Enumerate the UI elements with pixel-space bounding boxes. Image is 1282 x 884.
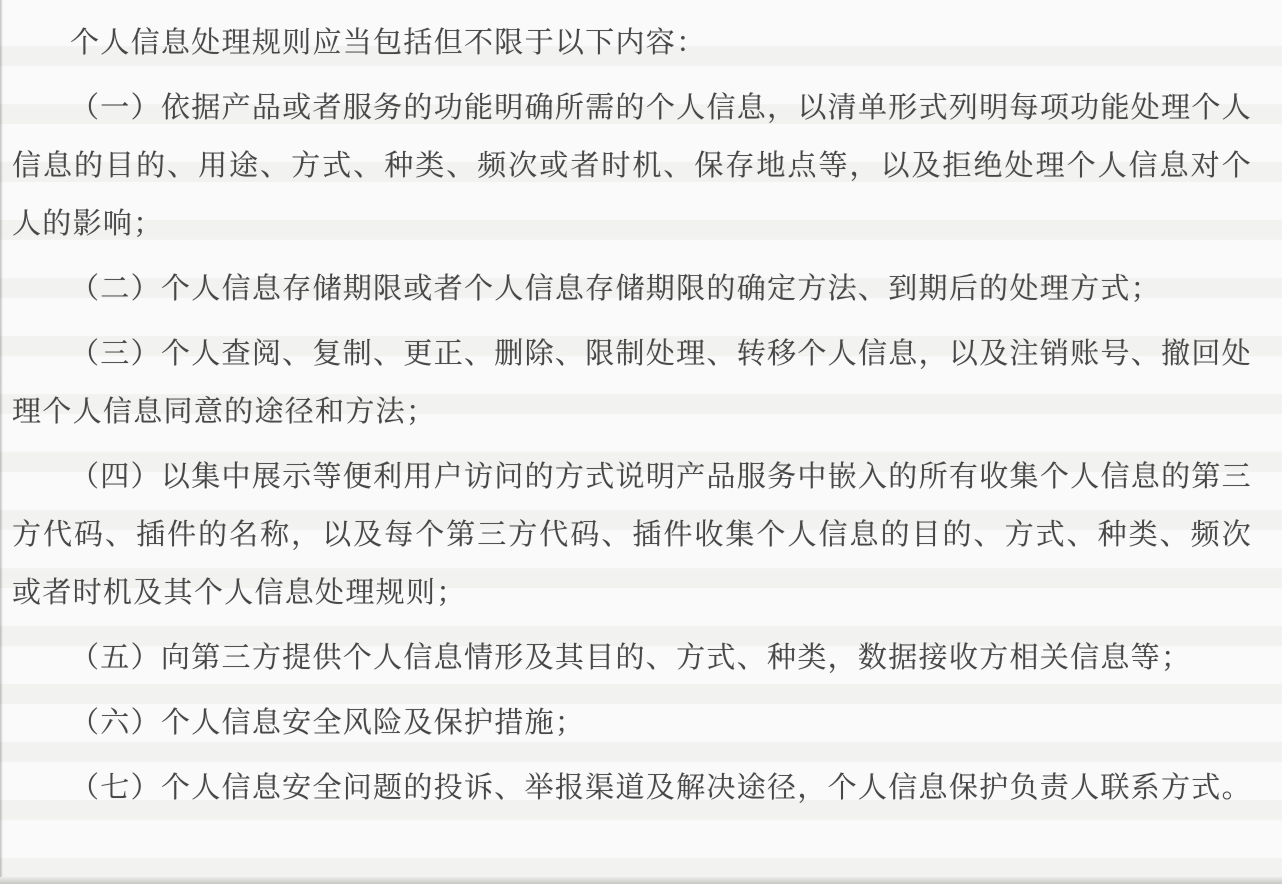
paragraph-intro: 个人信息处理规则应当包括但不限于以下内容： xyxy=(12,14,1252,72)
list-item-3: （三）个人查阅、复制、更正、删除、限制处理、转移个人信息，以及注销账号、撤回处理… xyxy=(12,325,1252,441)
bottom-edge-strip xyxy=(0,877,1282,884)
list-item-2: （二）个人信息存储期限或者个人信息存储期限的确定方法、到期后的处理方式； xyxy=(12,260,1252,318)
list-item-5: （五）向第三方提供个人信息情形及其目的、方式、种类，数据接收方相关信息等； xyxy=(12,629,1252,687)
document-body: 个人信息处理规则应当包括但不限于以下内容： （一）依据产品或者服务的功能明确所需… xyxy=(12,14,1252,817)
list-item-7: （七）个人信息安全问题的投诉、举报渠道及解决途径，个人信息保护负责人联系方式。 xyxy=(12,759,1252,817)
list-item-6: （六）个人信息安全风险及保护措施； xyxy=(12,694,1252,752)
document-page: 个人信息处理规则应当包括但不限于以下内容： （一）依据产品或者服务的功能明确所需… xyxy=(0,0,1282,884)
list-item-1: （一）依据产品或者服务的功能明确所需的个人信息，以清单形式列明每项功能处理个人信… xyxy=(12,79,1252,253)
left-edge-shadow xyxy=(0,0,3,884)
list-item-4: （四）以集中展示等便利用户访问的方式说明产品服务中嵌入的所有收集个人信息的第三方… xyxy=(12,448,1252,622)
